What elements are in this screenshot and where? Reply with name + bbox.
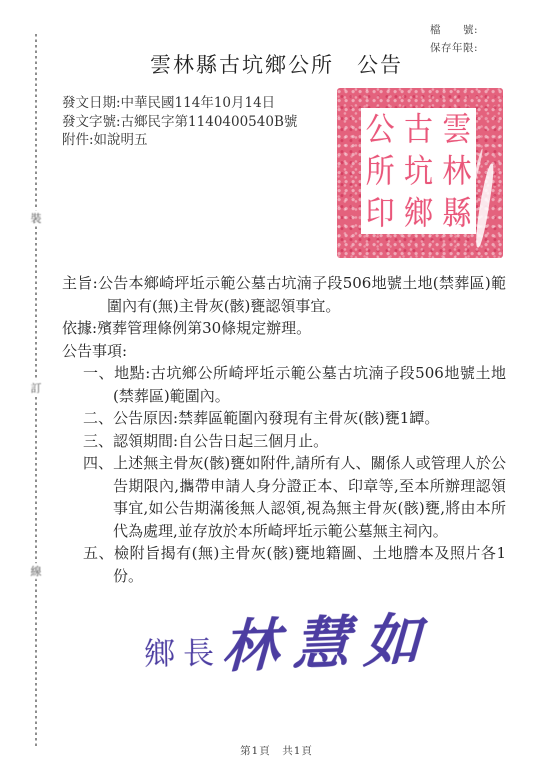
- item-number: 三、: [83, 432, 113, 450]
- issue-date: 發文日期:中華民國114年10月14日: [62, 94, 297, 113]
- basis-text: 殯葬管理條例第30條規定辦理。: [97, 319, 311, 337]
- document-meta: 發文日期:中華民國114年10月14日 發文字號:古鄉民字第1140400540…: [62, 94, 297, 150]
- item-text: 檢附旨揭有(無)主骨灰(骸)甕地籍圖、土地謄本及照片各1份。: [113, 544, 506, 585]
- subject-paragraph: 主旨:公告本鄉崎坪坵示範公墓古坑湳子段506地號土地(禁葬區)範圍內有(無)主骨…: [62, 272, 506, 317]
- announcement-item: 四、上述無主骨灰(骸)甕如附件,請所有人、關係人或管理人於公告期限內,攜帶申請人…: [83, 452, 506, 542]
- subject-label: 主旨:: [62, 274, 98, 292]
- item-text: 地點:古坑鄉公所崎坪坵示範公墓古坑湳子段506地號土地(禁葬區)範圍內。: [113, 364, 506, 405]
- seal-character: 林: [442, 155, 471, 187]
- mayor-title: 鄉長: [144, 627, 223, 673]
- binding-mark-zhuang: 裝: [28, 210, 44, 226]
- seal-character: 鄉: [404, 197, 433, 229]
- file-number-label: 檔 號:: [430, 21, 478, 39]
- basis-paragraph: 依據:殯葬管理條例第30條規定辦理。: [62, 317, 506, 340]
- subject-text: 公告本鄉崎坪坵示範公墓古坑湳子段506地號土地(禁葬區)範圍內有(無)主骨灰(骸…: [98, 274, 506, 315]
- items-heading: 公告事項:: [62, 340, 506, 363]
- official-seal: 雲 林 縣 古 坑 鄉 公 所 印: [337, 88, 503, 258]
- mayor-signature: 林慧如: [221, 594, 437, 684]
- seal-character: 雲: [442, 113, 471, 145]
- seal-character: 古: [404, 113, 433, 145]
- announcement-items: 一、地點:古坑鄉公所崎坪坵示範公墓古坑湳子段506地號土地(禁葬區)範圍內。 二…: [83, 362, 506, 587]
- seal-character: 坑: [404, 155, 433, 187]
- announcement-item: 三、認領期間:自公告日起三個月止。: [83, 430, 506, 453]
- announcement-item: 二、公告原因:禁葬區範圍內發現有主骨灰(骸)甕1罈。: [83, 407, 506, 430]
- attachment-note: 附件:如說明五: [62, 131, 297, 150]
- item-text: 上述無主骨灰(骸)甕如附件,請所有人、關係人或管理人於公告期限內,攜帶申請人身分…: [113, 454, 506, 540]
- page-footer: 第1頁 共1頁: [0, 743, 553, 758]
- item-number: 五、: [83, 544, 114, 562]
- binding-mark-xian: 線: [28, 563, 44, 579]
- document-title: 雲林縣古坑鄉公所 公告: [0, 49, 553, 79]
- seal-character: 印: [366, 197, 395, 229]
- item-number: 二、: [83, 409, 113, 427]
- item-text: 認領期間:自公告日起三個月止。: [113, 432, 328, 450]
- basis-label: 依據:: [62, 319, 97, 337]
- signature-block: 鄉長 林慧如: [140, 602, 470, 692]
- announcement-body: 主旨:公告本鄉崎坪坵示範公墓古坑湳子段506地號土地(禁葬區)範圍內有(無)主骨…: [62, 272, 506, 587]
- announcement-item: 一、地點:古坑鄉公所崎坪坵示範公墓古坑湳子段506地號土地(禁葬區)範圍內。: [83, 362, 506, 407]
- item-number: 四、: [83, 454, 113, 472]
- binding-mark-ding: 訂: [28, 380, 44, 396]
- item-number: 一、: [83, 364, 114, 382]
- seal-inner-face: 雲 林 縣 古 坑 鄉 公 所 印: [361, 108, 476, 234]
- item-text: 公告原因:禁葬區範圍內發現有主骨灰(骸)甕1罈。: [113, 409, 439, 427]
- document-number: 發文字號:古鄉民字第1140400540B號: [62, 113, 297, 132]
- seal-character: 所: [366, 155, 395, 187]
- seal-character: 縣: [442, 197, 471, 229]
- announcement-document-page: 裝 訂 線 檔 號: 保存年限: 雲林縣古坑鄉公所 公告 發文日期:中華民國11…: [0, 0, 553, 784]
- seal-character: 公: [366, 113, 395, 145]
- announcement-item: 五、檢附旨揭有(無)主骨灰(骸)甕地籍圖、土地謄本及照片各1份。: [83, 542, 506, 587]
